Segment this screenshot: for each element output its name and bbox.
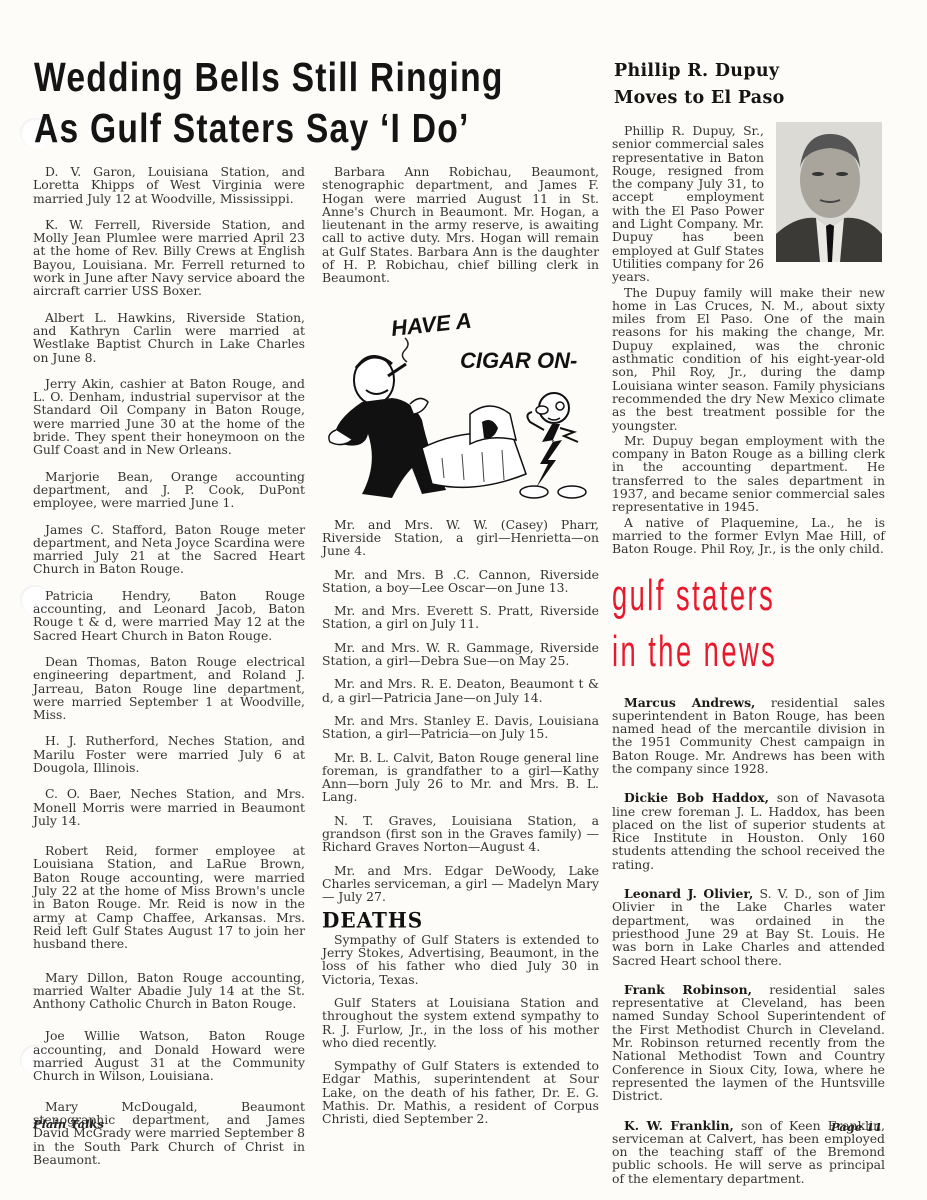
death-item: Sympathy of Gulf Staters is extended to … [322, 933, 599, 986]
publication-name-footer: Plain Talks [33, 1117, 104, 1131]
birth-item: Mr. and Mrs. W. W. (Casey) Pharr, Rivers… [322, 518, 599, 558]
cartoon-caption-line2: CIGAR ON- [460, 348, 577, 373]
column-2: Barbara Ann Robichau, Beaumont, stenogra… [322, 165, 599, 1136]
wedding-headline-line2: As Gulf Staters Say ‘I Do’ [34, 103, 510, 154]
wedding-item: Patricia Hendry, Baton Rouge accounting,… [33, 589, 305, 642]
in-the-news-heading: gulf staters in the news [612, 568, 781, 686]
wedding-item: D. V. Garon, Louisiana Station, and Lore… [33, 165, 305, 205]
news-item: Frank Robinson, residential sales repres… [612, 983, 885, 1103]
in-the-news-heading-line1: gulf staters [612, 568, 781, 624]
wedding-item: Marjorie Bean, Orange accounting departm… [33, 470, 305, 510]
wedding-headline-line1: Wedding Bells Still Ringing [34, 52, 510, 103]
dupuy-intro: Phillip R. Dupuy, Sr., senior commercial… [612, 124, 764, 284]
news-item: Leonard J. Olivier, S. V. D., son of Jim… [612, 887, 885, 967]
news-item: Dickie Bob Haddox, son of Navasota line … [612, 791, 885, 871]
have-a-cigar-cartoon: HAVE A CIGAR ON- [322, 298, 599, 508]
wedding-item: Mary Dillon, Baton Rouge accounting, mar… [33, 971, 305, 1011]
wedding-item: James C. Stafford, Baton Rouge meter dep… [33, 523, 305, 576]
wedding-item: Robert Reid, former employee at Louisian… [33, 844, 305, 950]
weddings-column-1: D. V. Garon, Louisiana Station, and Lore… [33, 165, 305, 1179]
birth-item: Mr. and Mrs. Edgar DeWoody, Lake Charles… [322, 864, 599, 904]
wedding-item: C. O. Baer, Neches Station, and Mrs. Mon… [33, 787, 305, 827]
birth-item: Mr. B. L. Calvit, Baton Rouge general li… [322, 751, 599, 804]
wedding-item: Albert L. Hawkins, Riverside Station, an… [33, 311, 305, 364]
wedding-item: Dean Thomas, Baton Rouge electrical engi… [33, 655, 305, 721]
wedding-item: Mary McDougald, Beaumont stenographic de… [33, 1100, 305, 1166]
dupuy-paragraph: The Dupuy family will make their new hom… [612, 286, 885, 432]
death-item: Gulf Staters at Louisiana Station and th… [322, 996, 599, 1049]
wedding-item: Barbara Ann Robichau, Beaumont, stenogra… [322, 165, 599, 285]
dupuy-headline: Phillip R. Dupuy Moves to El Paso [614, 58, 894, 112]
birth-item: Mr. and Mrs. W. R. Gammage, Riverside St… [322, 641, 599, 668]
wedding-headline: Wedding Bells Still Ringing As Gulf Stat… [34, 52, 510, 154]
birth-item: N. T. Graves, Louisiana Station, a grand… [322, 814, 599, 854]
birth-item: Mr. and Mrs. Everett S. Pratt, Riverside… [322, 604, 599, 631]
page-number-footer: Page 11 [831, 1120, 882, 1134]
birth-item: Mr. and Mrs. B .C. Cannon, Riverside Sta… [322, 568, 599, 595]
in-the-news-heading-line2: in the news [612, 624, 781, 680]
column-3: Phillip R. Dupuy, Sr., senior commercial… [612, 124, 885, 1200]
wedding-item: Jerry Akin, cashier at Baton Rouge, and … [33, 377, 305, 457]
dupuy-paragraph: Mr. Dupuy began employment with the comp… [612, 434, 885, 514]
cartoon-caption-line1: HAVE A [390, 307, 473, 340]
birth-item: Mr. and Mrs. R. E. Deaton, Beaumont t & … [322, 677, 599, 704]
dupuy-headline-line1: Phillip R. Dupuy [614, 58, 894, 85]
dupuy-headline-line2: Moves to El Paso [614, 85, 894, 112]
wedding-item: K. W. Ferrell, Riverside Station, and Mo… [33, 218, 305, 298]
wedding-item: H. J. Rutherford, Neches Station, and Ma… [33, 734, 305, 774]
deaths-heading: DEATHS [322, 913, 599, 927]
news-item-text: residential sales representative at Clev… [612, 982, 885, 1103]
birth-item: Mr. and Mrs. Stanley E. Davis, Louisiana… [322, 714, 599, 741]
dupuy-paragraph: A native of Plaquemine, La., he is marri… [612, 516, 885, 556]
news-item: Marcus Andrews, residential sales superi… [612, 696, 885, 776]
death-item: Sympathy of Gulf Staters is extended to … [322, 1059, 599, 1125]
wedding-item: Joe Willie Watson, Baton Rouge accountin… [33, 1029, 305, 1082]
in-the-news-list: Marcus Andrews, residential sales superi… [612, 696, 885, 1186]
